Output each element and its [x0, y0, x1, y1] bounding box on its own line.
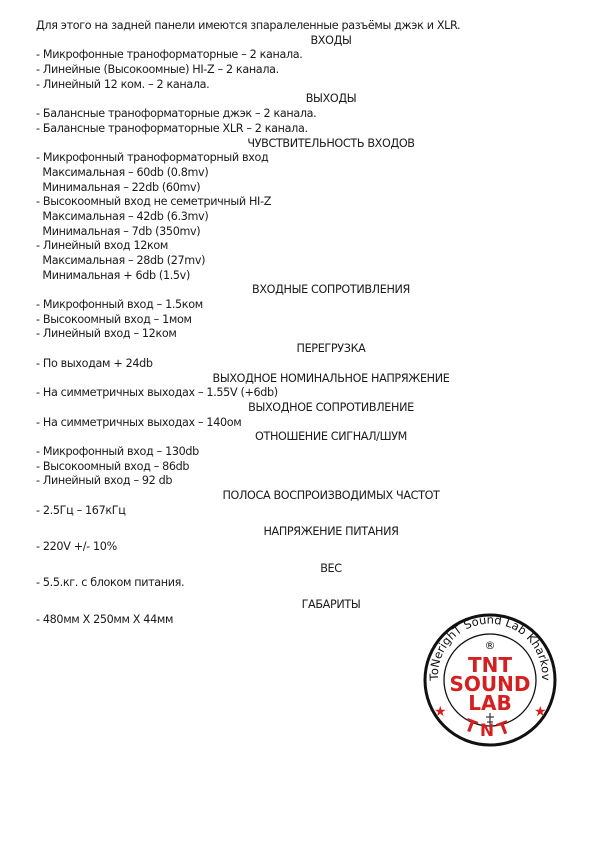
spacer [36, 555, 556, 562]
spec-item: Минимальная + 6db (1.5v) [36, 269, 556, 284]
registered-mark: ® [485, 639, 496, 652]
section-heading: ГАБАРИТЫ [36, 598, 556, 613]
spec-item: Максимальная – 28db (27mv) [36, 254, 556, 269]
tnt-sound-lab-logo: ToNerighT Sound Lab Kharkov ® TNT SOUND … [422, 612, 558, 748]
spacer [36, 591, 556, 598]
spec-item: Минимальная – 22db (60mv) [36, 181, 556, 196]
spec-item: - Высокоомный вход не семетричный HI-Z [36, 195, 556, 210]
spec-item: - На симметричных выходах – 140ом [36, 416, 556, 431]
star-icon-left: ★ [434, 704, 447, 720]
section-heading: ПЕРЕГРУЗКА [36, 342, 556, 357]
spec-item: - По выходам + 24db [36, 357, 556, 372]
spec-item: Минимальная – 7db (350mv) [36, 225, 556, 240]
section-heading: ВХОДЫ [36, 34, 556, 49]
spec-item: - 220V +/- 10% [36, 540, 556, 555]
star-icon-right: ★ [534, 704, 547, 720]
spec-item: - 5.5.кг. с блоком питания. [36, 576, 556, 591]
spec-item: - Линейный вход 12ком [36, 239, 556, 254]
spec-sections: ВХОДЫ- Микрофонные траноформаторные – 2 … [36, 34, 556, 628]
spec-item: - Микрофонный вход – 130db [36, 445, 556, 460]
section-heading: ВЫХОДНОЕ СОПРОТИВЛЕНИЕ [36, 401, 556, 416]
intro-text: Для этого на задней панели имеются зпара… [36, 19, 556, 34]
spec-item: - Высокоомный вход – 1мом [36, 313, 556, 328]
spec-item: - 2.5Гц – 167кГц [36, 504, 556, 519]
section-heading: ПОЛОСА ВОСПРОИЗВОДИМЫХ ЧАСТОТ [36, 489, 556, 504]
spec-item: - Высокоомный вход – 86db [36, 460, 556, 475]
spec-item: - Балансные траноформаторные XLR – 2 кан… [36, 122, 556, 137]
section-heading: ВЫХОДНОЕ НОМИНАЛЬНОЕ НАПРЯЖЕНИЕ [36, 372, 556, 387]
spec-item: - Линейный вход – 12ком [36, 327, 556, 342]
spec-item: - На симметричных выходах – 1.55V (+6db) [36, 386, 556, 401]
section-heading: ЧУВСТВИТЕЛЬНОСТЬ ВХОДОВ [36, 137, 556, 152]
spec-item: - Линейные (Высокоомные) HI-Z – 2 канала… [36, 63, 556, 78]
spec-item: Максимальная – 60db (0.8mv) [36, 166, 556, 181]
section-heading: ВЕС [36, 562, 556, 577]
section-heading: ВЫХОДЫ [36, 92, 556, 107]
spec-item: - Линейный 12 ком. – 2 канала. [36, 78, 556, 93]
section-heading: ОТНОШЕНИЕ СИГНАЛ/ШУМ [36, 430, 556, 445]
section-heading: НАПРЯЖЕНИЕ ПИТАНИЯ [36, 525, 556, 540]
spacer [36, 518, 556, 525]
spec-item: Максимальная – 42db (6.3mv) [36, 210, 556, 225]
spec-document: Для этого на задней панели имеются зпара… [36, 19, 556, 628]
section-heading: ВХОДНЫЕ СОПРОТИВЛЕНИЯ [36, 283, 556, 298]
spec-item: - Линейный вход – 92 db [36, 474, 556, 489]
spec-item: - Балансные траноформаторные джэк – 2 ка… [36, 107, 556, 122]
logo-line-lab: LAB [468, 691, 511, 715]
spec-item: - Микрофонный траноформаторный вход [36, 151, 556, 166]
spec-item: - Микрофонные траноформаторные – 2 канал… [36, 48, 556, 63]
spec-item: - Микрофонный вход – 1.5ком [36, 298, 556, 313]
